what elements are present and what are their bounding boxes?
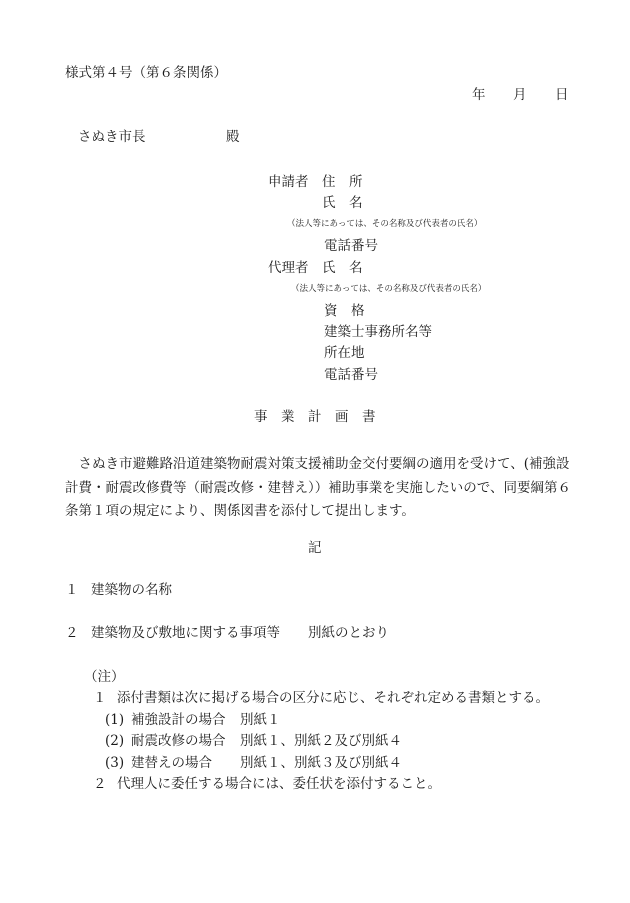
body-line: さぬき市避難路沿道建築物耐震対策支援補助金交付要綱の適用を受けて、(補強設 <box>65 453 585 477</box>
item-number: １ <box>65 584 79 598</box>
item-label: 建築物及び敷地に関する事項等 <box>91 627 280 641</box>
sub-note-number: (1) <box>105 714 124 728</box>
notes-heading: （注） <box>84 671 125 685</box>
date-month-label: 月 <box>513 89 527 103</box>
sub-note-docs: 別紙１、別紙３及び別紙４ <box>240 757 402 771</box>
note-number: ２ <box>93 778 107 792</box>
sub-note-case: 補強設計の場合 <box>131 714 226 728</box>
item-label: 建築物の名称 <box>91 584 172 598</box>
agent-qualification-label: 資 格 <box>324 305 365 319</box>
form-number: 様式第４号（第６条関係） <box>65 67 227 81</box>
agent-location-label: 所在地 <box>324 347 365 361</box>
agent-phone-label: 電話番号 <box>324 369 378 383</box>
sub-note-case: 耐震改修の場合 <box>131 735 226 749</box>
sub-note-number: (3) <box>105 757 124 771</box>
note-text: 添付書類は次に掲げる場合の区分に応じ、それぞれ定める書類とする。 <box>117 692 549 706</box>
applicant-label: 申請者 <box>268 176 309 190</box>
note-text: 代理人に委任する場合には、委任状を添付すること。 <box>117 778 441 792</box>
addressee-honorific: 殿 <box>226 131 240 145</box>
body-line: 条第１項の規定により、関係図書を添付して提出します。 <box>65 500 585 524</box>
applicant-phone-label: 電話番号 <box>324 240 378 254</box>
document-title: 事 業 計 画 書 <box>254 411 376 425</box>
note-number: １ <box>93 692 107 706</box>
date-year-label: 年 <box>472 89 486 103</box>
agent-office-label: 建築士事務所名等 <box>324 326 432 340</box>
body-line: 計費・耐震改修費等（耐震改修・建替え））補助事業を実施したいので、同要綱第６ <box>65 477 585 501</box>
sub-note-number: (2) <box>105 735 124 749</box>
agent-name-note: （法人等にあっては、その名称及び代表者の氏名） <box>291 285 486 294</box>
applicant-name-note: （法人等にあっては、その名称及び代表者の氏名） <box>287 220 482 229</box>
sub-note-docs: 別紙１、別紙２及び別紙４ <box>240 735 402 749</box>
item-number: ２ <box>65 627 79 641</box>
item-value: 別紙のとおり <box>308 627 389 641</box>
body-paragraph: さぬき市避難路沿道建築物耐震対策支援補助金交付要綱の適用を受けて、(補強設 計費… <box>65 453 585 524</box>
sub-note-docs: 別紙１ <box>240 714 281 728</box>
date-day-label: 日 <box>555 89 569 103</box>
applicant-name-label: 氏 名 <box>322 197 363 211</box>
applicant-address-label: 住 所 <box>322 176 363 190</box>
addressee-name: さぬき市長 <box>78 131 146 145</box>
ki-heading: 記 <box>308 542 322 556</box>
agent-name-label: 氏 名 <box>322 262 363 276</box>
sub-note-case: 建替えの場合 <box>131 757 212 771</box>
agent-label: 代理者 <box>268 262 309 276</box>
